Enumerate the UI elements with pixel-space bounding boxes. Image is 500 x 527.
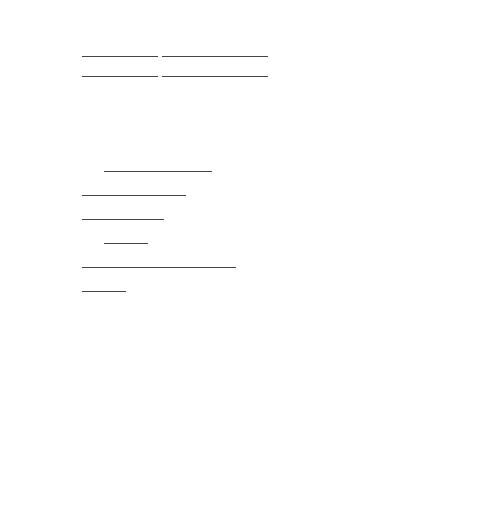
room-field[interactable] — [164, 184, 186, 196]
article-1-line-3 — [82, 208, 432, 224]
seller-name-field[interactable] — [82, 45, 158, 57]
unit-price-field[interactable] — [104, 232, 148, 244]
total-price-field[interactable] — [82, 256, 138, 268]
article-2-line-3 — [82, 280, 432, 296]
street-field[interactable] — [164, 160, 212, 172]
deposit-field[interactable] — [82, 280, 126, 292]
amount-field[interactable] — [166, 256, 180, 268]
amount-field[interactable] — [152, 256, 166, 268]
certificate-no-field[interactable] — [116, 208, 164, 220]
seller-id-field[interactable] — [162, 45, 268, 57]
amount-field[interactable] — [208, 256, 222, 268]
article-2-line-1 — [82, 232, 454, 248]
buyer-name-field[interactable] — [82, 65, 158, 77]
amount-field[interactable] — [180, 256, 194, 268]
buyer-line — [82, 65, 432, 81]
unit-field[interactable] — [142, 184, 164, 196]
city-field[interactable] — [104, 160, 134, 172]
district-field[interactable] — [134, 160, 164, 172]
area-field[interactable] — [82, 208, 116, 220]
amount-field[interactable] — [194, 256, 208, 268]
building-no-field[interactable] — [82, 184, 142, 196]
article-1-line-2 — [82, 184, 432, 200]
article-1-line-1 — [82, 160, 454, 176]
amount-field[interactable] — [138, 256, 152, 268]
buyer-id-field[interactable] — [162, 65, 268, 77]
seller-line — [82, 45, 432, 61]
article-2-line-2 — [82, 256, 432, 272]
amount-field[interactable] — [222, 256, 236, 268]
